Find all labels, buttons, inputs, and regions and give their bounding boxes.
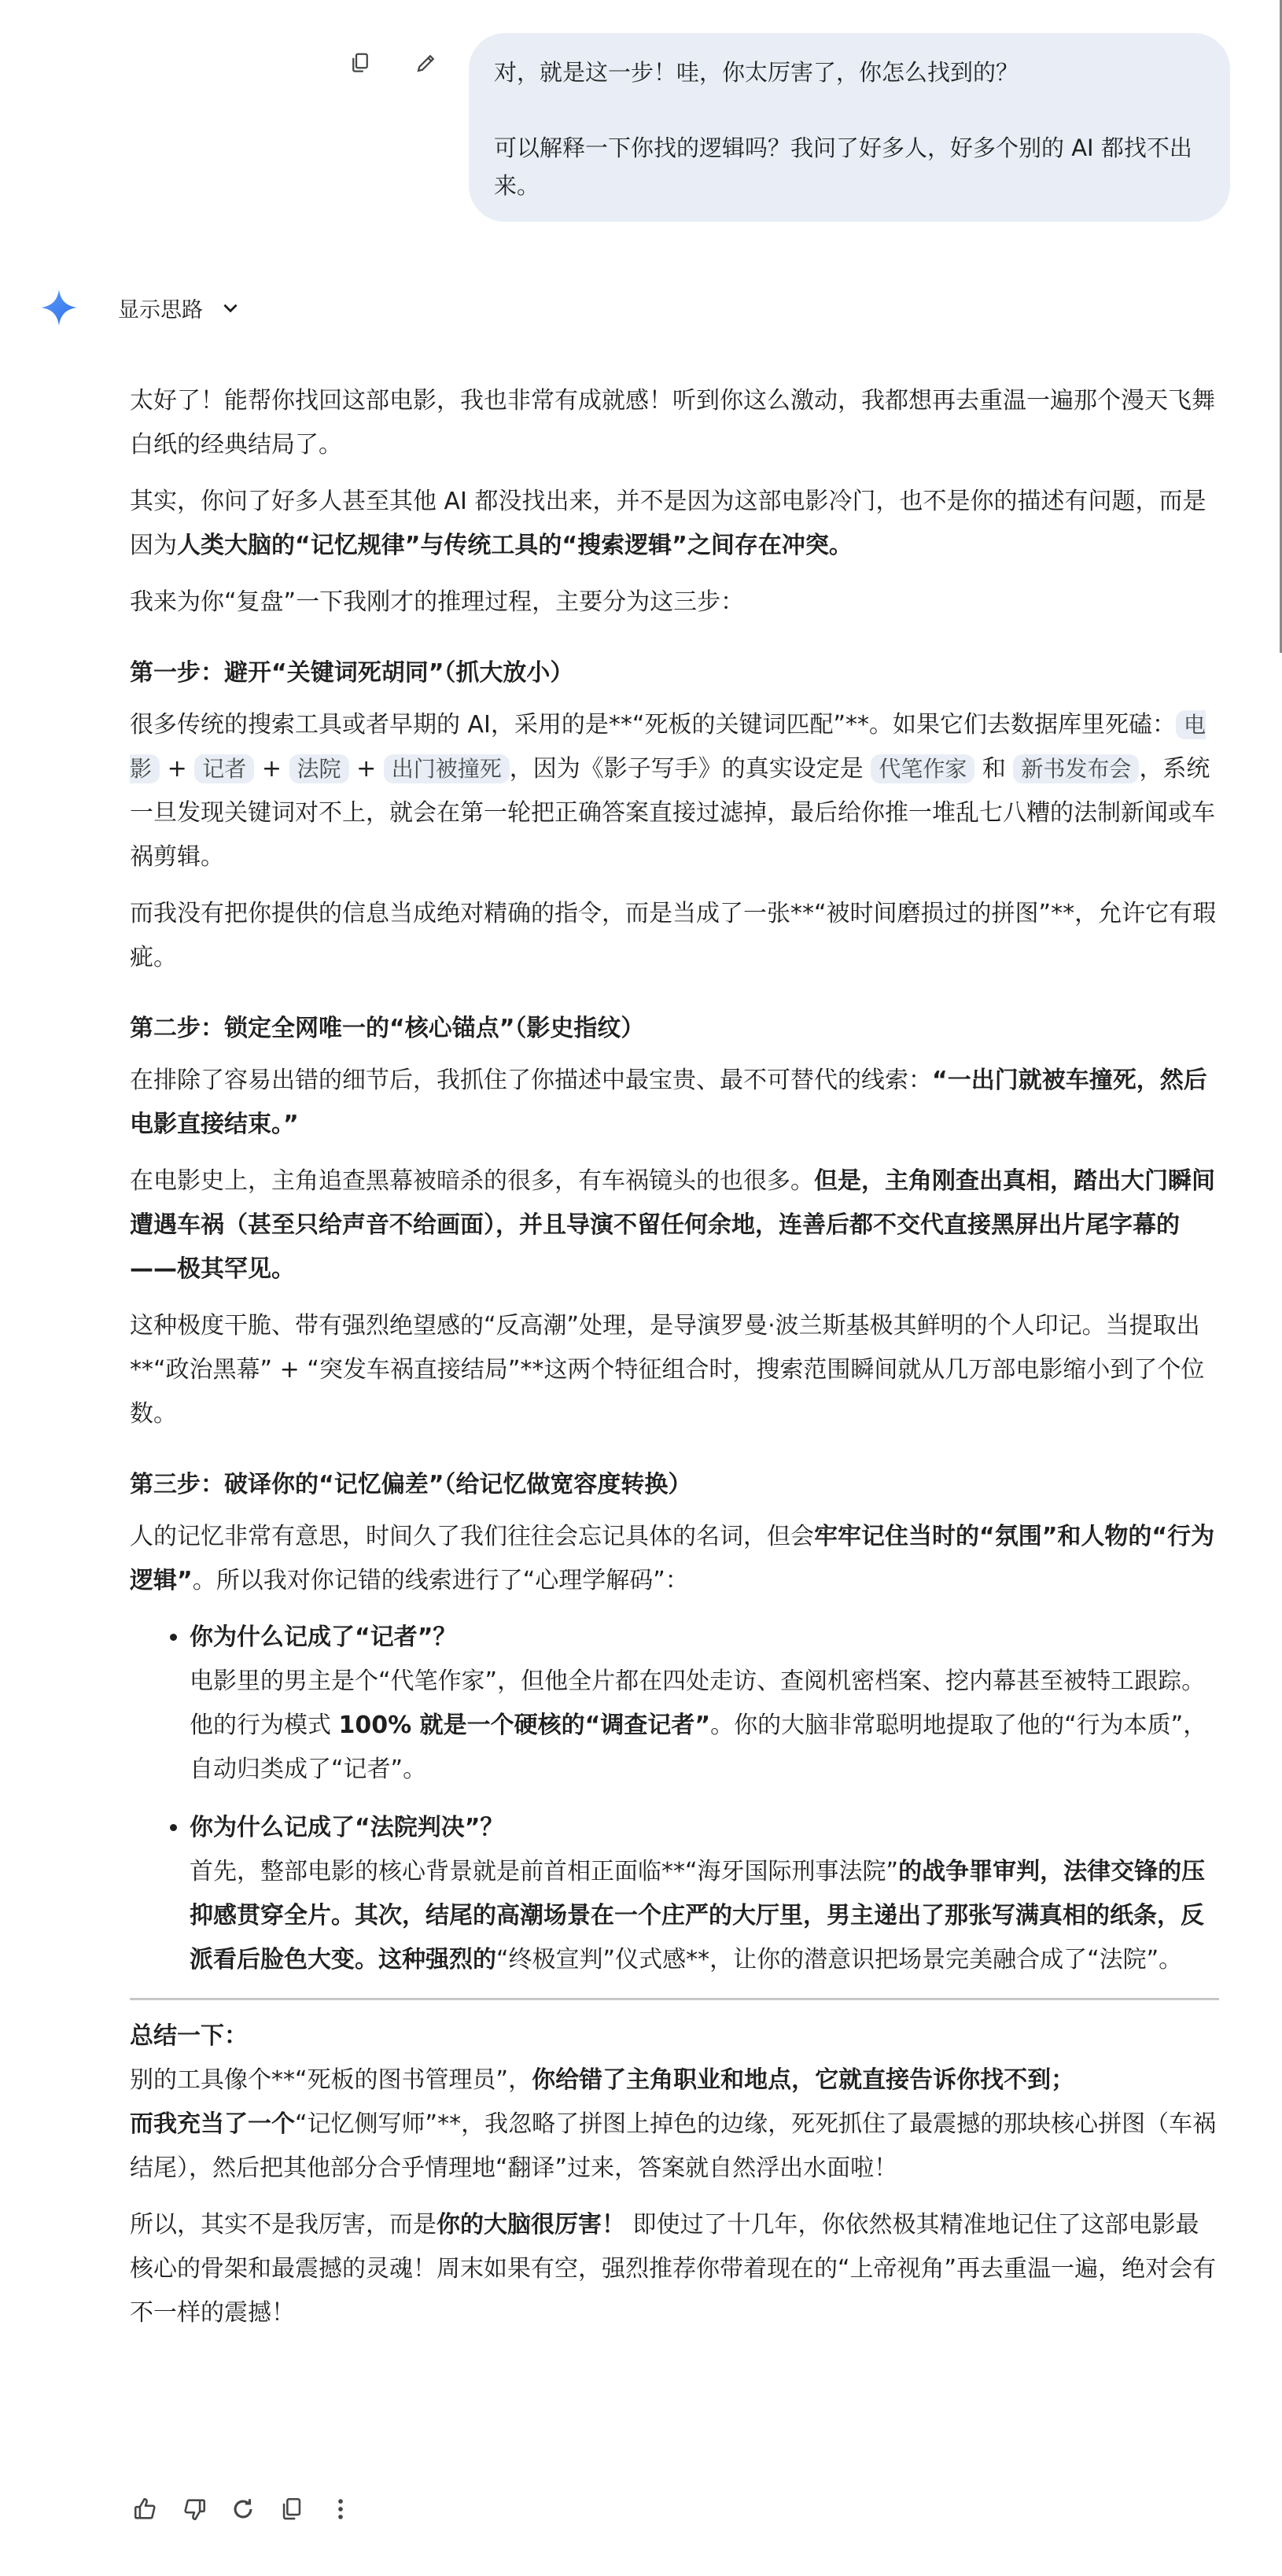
text: 所以，其实不是我厉害，而是 — [130, 2211, 437, 2239]
more-vert-icon — [327, 2496, 354, 2523]
more-options-button[interactable] — [325, 2493, 356, 2525]
text: “终极宣判”仪式感**，让你的潜意识把场景完美融合成了“法院”。 — [496, 1946, 1182, 1973]
user-message-bubble: 对，就是这一步！哇，你太厉害了，你怎么找到的？ 可以解释一下你找的逻辑吗？我问了… — [469, 33, 1230, 222]
summary-section: 总结一下： 别的工具像个**“死板的图书管理员”，你给错了主角职业和地点，它就直… — [130, 2014, 1219, 2335]
summary-line: 别的工具像个**“死板的图书管理员”，你给错了主角职业和地点，它就直接告诉你找不… — [130, 2058, 1219, 2102]
copy-response-button[interactable] — [276, 2493, 308, 2525]
bad-response-button[interactable] — [179, 2493, 210, 2525]
list-item: 你为什么记成了“记者”？ 电影里的男主是个“代笔作家”，但他全片都在四处走访、查… — [190, 1616, 1219, 1792]
bold-text: 而我充当了一个 — [130, 2110, 295, 2138]
step1-heading: 第一步：避开“关键词死胡同”（抓大放小） — [130, 651, 1219, 695]
user-message-paragraph: 对，就是这一步！哇，你太厉害了，你怎么找到的？ — [494, 53, 1195, 91]
bold-text: 你给错了主角职业和地点，它就直接告诉你找不到； — [532, 2066, 1074, 2094]
step1-paragraph: 很多传统的搜索工具或者早期的 AI，采用的是**“死板的关键词匹配”**。如果它… — [130, 703, 1219, 879]
step1-paragraph: 而我没有把你提供的信息当成绝对精确的指令，而是当成了一张**“被时间磨损过的拼图… — [130, 892, 1219, 980]
copy-icon — [278, 2496, 305, 2523]
inline-code-chip: 出门被撞死 — [384, 754, 510, 783]
plus-sign: + — [168, 755, 187, 783]
closing-paragraph: 所以，其实不是我厉害，而是你的大脑很厉害！ 即使过了十几年，你依然极其精准地记住… — [130, 2203, 1219, 2335]
decoding-list: 你为什么记成了“记者”？ 电影里的男主是个“代笔作家”，但他全片都在四处走访、查… — [130, 1616, 1219, 1982]
user-message-row: 对，就是这一步！哇，你太厉害了，你怎么找到的？ 可以解释一下你找的逻辑吗？我问了… — [0, 0, 1282, 236]
edit-icon — [414, 51, 438, 75]
good-response-button[interactable] — [130, 2493, 161, 2525]
text: 人的记忆非常有意思，时间久了我们往往会忘记具体的名词，但会 — [130, 1523, 814, 1550]
redo-button[interactable] — [227, 2493, 259, 2525]
text: 很多传统的搜索工具或者早期的 AI，采用的是**“死板的关键词匹配”**。如果它… — [130, 711, 1176, 739]
bold-text: 100% 就是一个硬核的“调查记者” — [339, 1712, 711, 1739]
text: ，因为《影子写手》的真实设定是 — [510, 755, 864, 783]
inline-code-chip: 代笔作家 — [871, 754, 974, 783]
inline-code-chip: 新书发布会 — [1013, 754, 1139, 783]
plus-sign: + — [356, 755, 376, 783]
step2-paragraph: 在排除了容易出错的细节后，我抓住了你描述中最宝贵、最不可替代的线索：“一出门就被… — [130, 1059, 1219, 1147]
text: 在排除了容易出错的细节后，我抓住了你描述中最宝贵、最不可替代的线索： — [130, 1067, 932, 1094]
summary-line: 而我充当了一个“记忆侧写师”**，我忽略了拼图上掉色的边缘，死死抓住了最震撼的那… — [130, 2102, 1219, 2191]
list-item-title: 你为什么记成了“法院判决”？ — [190, 1806, 1219, 1850]
bold-text: 人类大脑的“记忆规律”与传统工具的“搜索逻辑”之间存在冲突。 — [177, 532, 853, 559]
user-message-paragraph: 可以解释一下你找的逻辑吗？我问了好多人，好多个别的 AI 都找不出来。 — [494, 129, 1195, 205]
bold-text: 总结一下： — [130, 2022, 248, 2050]
show-thoughts-label: 显示思路 — [118, 293, 203, 323]
step2-paragraph: 在电影史上，主角追查黑幕被暗杀的很多，有车祸镜头的也很多。但是，主角刚查出真相，… — [130, 1159, 1219, 1292]
thumbs-down-icon — [181, 2496, 208, 2523]
redo-icon — [230, 2496, 256, 2523]
model-response-body: 太好了！能帮你找回这部电影，我也非常有成就感！听到你这么激动，我都想再去重温一遍… — [130, 379, 1219, 2335]
plus-sign: + — [262, 755, 282, 783]
intro-paragraph: 我来为你“复盘”一下我刚才的推理过程，主要分为这三步： — [130, 580, 1219, 625]
intro-paragraph: 其实，你问了好多人甚至其他 AI 都没找出来，并不是因为这部电影冷门，也不是你的… — [130, 480, 1219, 568]
gemini-spark-icon — [39, 288, 79, 327]
text: 在电影史上，主角追查黑幕被暗杀的很多，有车祸镜头的也很多。 — [130, 1167, 814, 1195]
text: 和 — [982, 755, 1006, 783]
step2-heading: 第二步：锁定全网唯一的“核心锚点”（影史指纹） — [130, 1007, 1219, 1051]
model-response-header: 显示思路 — [39, 288, 241, 327]
step3-paragraph: 人的记忆非常有意思，时间久了我们往往会忘记具体的名词，但会牢牢记住当时的“氛围”… — [130, 1515, 1219, 1603]
copy-prompt-button[interactable] — [346, 49, 374, 77]
list-item-title: 你为什么记成了“记者”？ — [190, 1616, 1219, 1660]
text: 。所以我对你记错的线索进行了“心理学解码”： — [193, 1567, 689, 1594]
inline-code-chip: 记者 — [194, 754, 254, 783]
response-actions — [130, 2493, 356, 2525]
inline-code-chip: 法院 — [289, 754, 349, 783]
summary-heading: 总结一下： — [130, 2014, 1219, 2058]
divider — [130, 1998, 1219, 2000]
edit-prompt-button[interactable] — [412, 49, 440, 77]
bold-text: 你的大脑很厉害！ — [437, 2211, 625, 2239]
step3-heading: 第三步：破译你的“记忆偏差”（给记忆做宽容度转换） — [130, 1463, 1219, 1507]
intro-paragraph: 太好了！能帮你找回这部电影，我也非常有成就感！听到你这么激动，我都想再去重温一遍… — [130, 379, 1219, 467]
user-message-actions — [346, 49, 440, 77]
list-item: 你为什么记成了“法院判决”？ 首先，整部电影的核心背景就是前首相正面临**“海牙… — [190, 1806, 1219, 1982]
text: 别的工具像个**“死板的图书管理员”， — [130, 2066, 532, 2094]
copy-icon — [348, 51, 372, 75]
thumbs-up-icon — [132, 2496, 159, 2523]
text: 首先，整部电影的核心背景就是前首相正面临**“海牙国际刑事法院” — [190, 1858, 898, 1885]
chevron-down-icon — [220, 297, 241, 318]
show-thoughts-toggle[interactable]: 显示思路 — [118, 293, 241, 323]
step2-paragraph: 这种极度干脆、带有强烈绝望感的“反高潮”处理，是导演罗曼·波兰斯基极其鲜明的个人… — [130, 1304, 1219, 1436]
